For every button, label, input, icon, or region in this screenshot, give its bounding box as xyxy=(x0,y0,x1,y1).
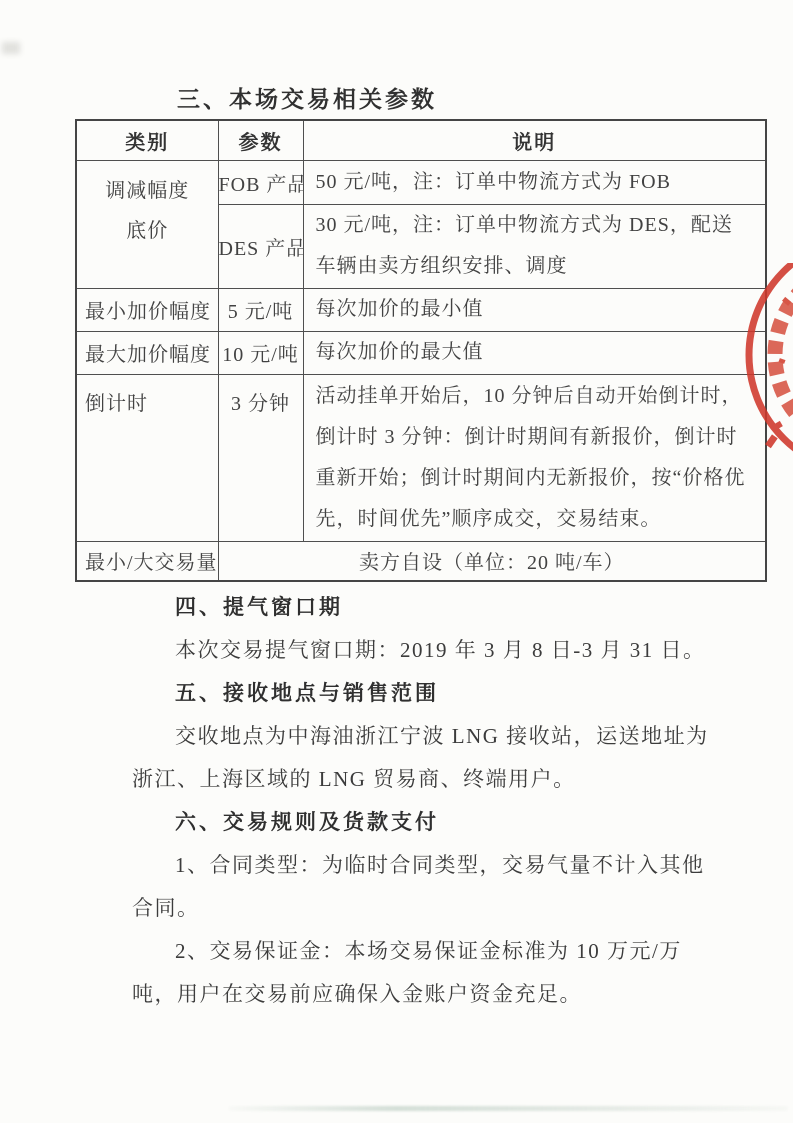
category-line1: 调减幅度 xyxy=(77,171,218,211)
cell-desc-fob: 50 元/吨，注：订单中物流方式为 FOB xyxy=(303,160,766,204)
section6-paragraph-2: 2、交易保证金：本场交易保证金标准为 10 万元/万吨，用户在交易前应确保入金账… xyxy=(132,930,722,1016)
cell-category-countdown: 倒计时 xyxy=(76,374,218,541)
section4-paragraph: 本次交易提气窗口期：2019 年 3 月 8 日-3 月 31 日。 xyxy=(132,629,722,672)
document-body: 四、提气窗口期 本次交易提气窗口期：2019 年 3 月 8 日-3 月 31 … xyxy=(132,586,722,1016)
cell-param-countdown: 3 分钟 xyxy=(218,374,303,541)
cell-desc-des: 30 元/吨，注：订单中物流方式为 DES，配送车辆由卖方组织安排、调度 xyxy=(303,204,766,288)
trade-parameters-table: 类别 参数 说明 调减幅度 底价 FOB 产品 50 元/吨，注：订单中物流方式… xyxy=(75,119,767,582)
section5-heading: 五、接收地点与销售范围 xyxy=(132,672,722,715)
scan-artifact-topleft-smudge xyxy=(2,42,20,54)
table-row-min-increment: 最小加价幅度 5 元/吨 每次加价的最小值 xyxy=(76,288,766,331)
header-category: 类别 xyxy=(76,120,218,160)
cell-desc-max-increment: 每次加价的最大值 xyxy=(303,331,766,374)
section6-heading: 六、交易规则及货款支付 xyxy=(132,801,722,844)
table-row-max-increment: 最大加价幅度 10 元/吨 每次加价的最大值 xyxy=(76,331,766,374)
section5-paragraph: 交收地点为中海油浙江宁波 LNG 接收站，运送地址为浙江、上海区域的 LNG 贸… xyxy=(132,715,722,801)
cell-param-max-increment: 10 元/吨 xyxy=(218,331,303,374)
section3-heading: 三、本场交易相关参数 xyxy=(177,81,437,114)
cell-desc-trade-volume: 卖方自设（单位：20 吨/车） xyxy=(218,541,766,581)
cell-category-floor-price: 调减幅度 底价 xyxy=(76,160,218,288)
scan-artifact-bottom-line xyxy=(228,1106,788,1111)
table-row-countdown: 倒计时 3 分钟 活动挂单开始后，10 分钟后自动开始倒计时，倒计时 3 分钟：… xyxy=(76,374,766,541)
section4-heading: 四、提气窗口期 xyxy=(132,586,722,629)
category-line2: 底价 xyxy=(77,211,218,251)
cell-param-min-increment: 5 元/吨 xyxy=(218,288,303,331)
cell-param-des: DES 产品 xyxy=(218,204,303,288)
cell-category-min-increment: 最小加价幅度 xyxy=(76,288,218,331)
cell-category-max-increment: 最大加价幅度 xyxy=(76,331,218,374)
scanned-document-page: 三、本场交易相关参数 类别 参数 说明 调减幅度 底价 FOB 产品 50 元/… xyxy=(0,0,793,1123)
table-header-row: 类别 参数 说明 xyxy=(76,120,766,160)
table-row-fob: 调减幅度 底价 FOB 产品 50 元/吨，注：订单中物流方式为 FOB xyxy=(76,160,766,204)
header-desc: 说明 xyxy=(303,120,766,160)
table-row-trade-volume: 最小/大交易量 卖方自设（单位：20 吨/车） xyxy=(76,541,766,581)
cell-desc-countdown: 活动挂单开始后，10 分钟后自动开始倒计时，倒计时 3 分钟：倒计时期间有新报价… xyxy=(303,374,766,541)
cell-category-trade-volume: 最小/大交易量 xyxy=(76,541,218,581)
section6-paragraph-1: 1、合同类型：为临时合同类型，交易气量不计入其他合同。 xyxy=(132,844,722,930)
cell-param-fob: FOB 产品 xyxy=(218,160,303,204)
header-param: 参数 xyxy=(218,120,303,160)
cell-desc-min-increment: 每次加价的最小值 xyxy=(303,288,766,331)
